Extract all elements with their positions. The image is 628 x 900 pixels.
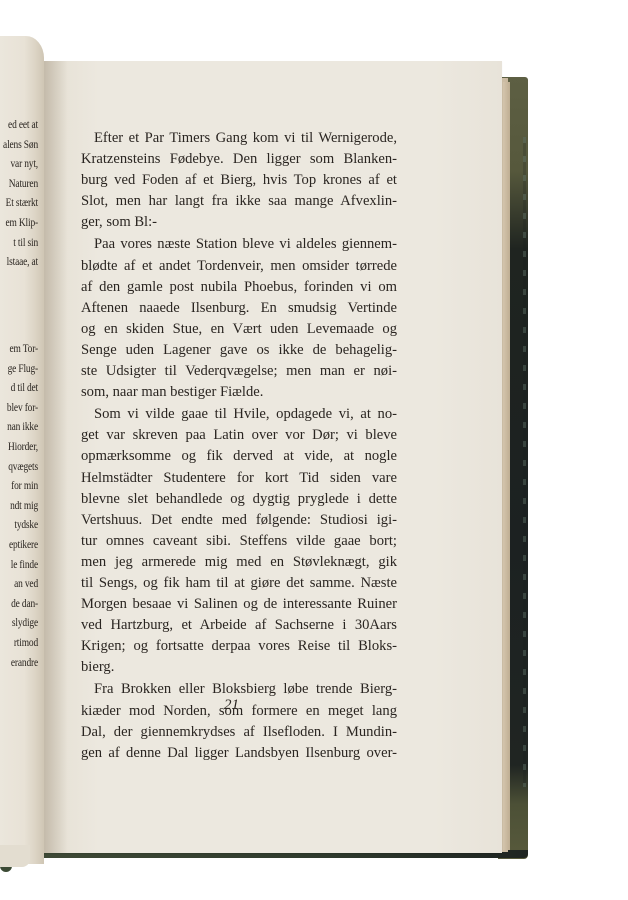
text-line: slydige xyxy=(0,614,38,634)
text-line: ger, som Bl:- xyxy=(81,212,397,233)
text-line: get var skreven paa Latin over vor Dør; … xyxy=(81,425,397,446)
text-line: alens Søn xyxy=(0,136,38,156)
text-line: for min xyxy=(0,477,38,497)
text-line: Fra Brokken eller Bloksbierg løbe trende… xyxy=(81,679,397,700)
text-line: og en skiden Stue, en Vært uden Levemaad… xyxy=(81,319,397,340)
text-line: som, naar man bestiger Fiælde. xyxy=(81,382,397,403)
text-line: de dan- xyxy=(0,595,38,615)
text-line: tydske xyxy=(0,516,38,536)
text-line: Kratzensteins Fødebye. Den ligger som Bl… xyxy=(81,149,397,170)
left-page-text-block-1: ed eet at alens Søn var nyt, Naturen Et … xyxy=(0,116,38,273)
text-line: an ved xyxy=(0,575,38,595)
text-line: opmærksomme og fik derved at vide, at no… xyxy=(81,446,397,467)
text-line: eptikere xyxy=(0,536,38,556)
text-line: t til sin xyxy=(0,234,38,254)
text-line: nan ikke xyxy=(0,418,38,438)
text-line: var nyt, xyxy=(0,155,38,175)
text-line: ste Udsigter til Vederqvægelse; men man … xyxy=(81,361,397,382)
text-line: Dal, der giennemkrydses af Ilsefloden. I… xyxy=(81,722,397,743)
text-line: Vertshuus. Det endte med følgende: Studi… xyxy=(81,510,397,531)
text-line: lstaae, at xyxy=(0,253,38,273)
text-line: kiæder mod Norden, som formere en meget … xyxy=(81,701,397,722)
text-line: ge Flug- xyxy=(0,360,38,380)
text-line: Hiorder, xyxy=(0,438,38,458)
text-line: Aftenen naaede Ilsenburg. En smudsig Ver… xyxy=(81,298,397,319)
paragraph-1: Efter et Par Timers Gang kom vi til Wern… xyxy=(81,128,397,233)
left-page-bottom-curl xyxy=(0,845,30,867)
text-line: til Sengs, og fik ham til at giøre det s… xyxy=(81,573,397,594)
text-line: ed eet at xyxy=(0,116,38,136)
paragraph-3: Som vi vilde gaae til Hvile, opdagede vi… xyxy=(81,404,397,678)
text-line: le finde xyxy=(0,556,38,576)
paragraph-4: Fra Brokken eller Bloksbierg løbe trende… xyxy=(81,679,397,763)
text-line: qvægets xyxy=(0,458,38,478)
text-line: em Klip- xyxy=(0,214,38,234)
text-line: Paa vores næste Station bleve vi aldeles… xyxy=(81,234,397,255)
text-line: Helmstädter Studentere for kort Tid side… xyxy=(81,468,397,489)
left-page: ed eet at alens Søn var nyt, Naturen Et … xyxy=(0,36,44,864)
text-line: gen af denne Dal ligger Landsbyen Ilsenb… xyxy=(81,743,397,764)
text-line: Som vi vilde gaae til Hvile, opdagede vi… xyxy=(81,404,397,425)
text-line: Morgen besaae vi Salinen og de interessa… xyxy=(81,594,397,615)
text-line: ved Hartzburg, et Arbeide af Sachserne i… xyxy=(81,615,397,636)
text-line: em Tor- xyxy=(0,340,38,360)
body-text: Efter et Par Timers Gang kom vi til Wern… xyxy=(81,128,397,765)
text-line: Senge uden Lagener gave os ikke de behag… xyxy=(81,340,397,361)
left-page-text-block-2: em Tor- ge Flug- d til det blev for- nan… xyxy=(0,340,38,673)
text-line: ndt mig xyxy=(0,497,38,517)
text-line: blev for- xyxy=(0,399,38,419)
text-line: blødte af et andet Tordenveir, men omsid… xyxy=(81,256,397,277)
text-line: Krigen; og fortsatte derpaa vores Reise … xyxy=(81,636,397,657)
text-line: burg ved Foden af et Bierg, hvis Top kro… xyxy=(81,170,397,191)
text-line: af den gamle post nubila Phoebus, forind… xyxy=(81,277,397,298)
text-line: erandre xyxy=(0,654,38,674)
text-line: Slot, men har langt fra ikke saa mange A… xyxy=(81,191,397,212)
text-line: tur omnes caveant sibi. Steffens vilde g… xyxy=(81,531,397,552)
text-line: Naturen xyxy=(0,175,38,195)
text-line: rtimod xyxy=(0,634,38,654)
text-line: bierg. xyxy=(81,657,397,678)
text-line: Et stærkt xyxy=(0,194,38,214)
text-line: d til det xyxy=(0,379,38,399)
page-fore-edge-shadow xyxy=(503,82,510,850)
text-line: blevne slet behandlede og dygtig prygled… xyxy=(81,489,397,510)
paragraph-2: Paa vores næste Station bleve vi aldeles… xyxy=(81,234,397,403)
text-line: Efter et Par Timers Gang kom vi til Wern… xyxy=(81,128,397,149)
text-line: men jeg armerede mig med en Støvleknægt,… xyxy=(81,552,397,573)
